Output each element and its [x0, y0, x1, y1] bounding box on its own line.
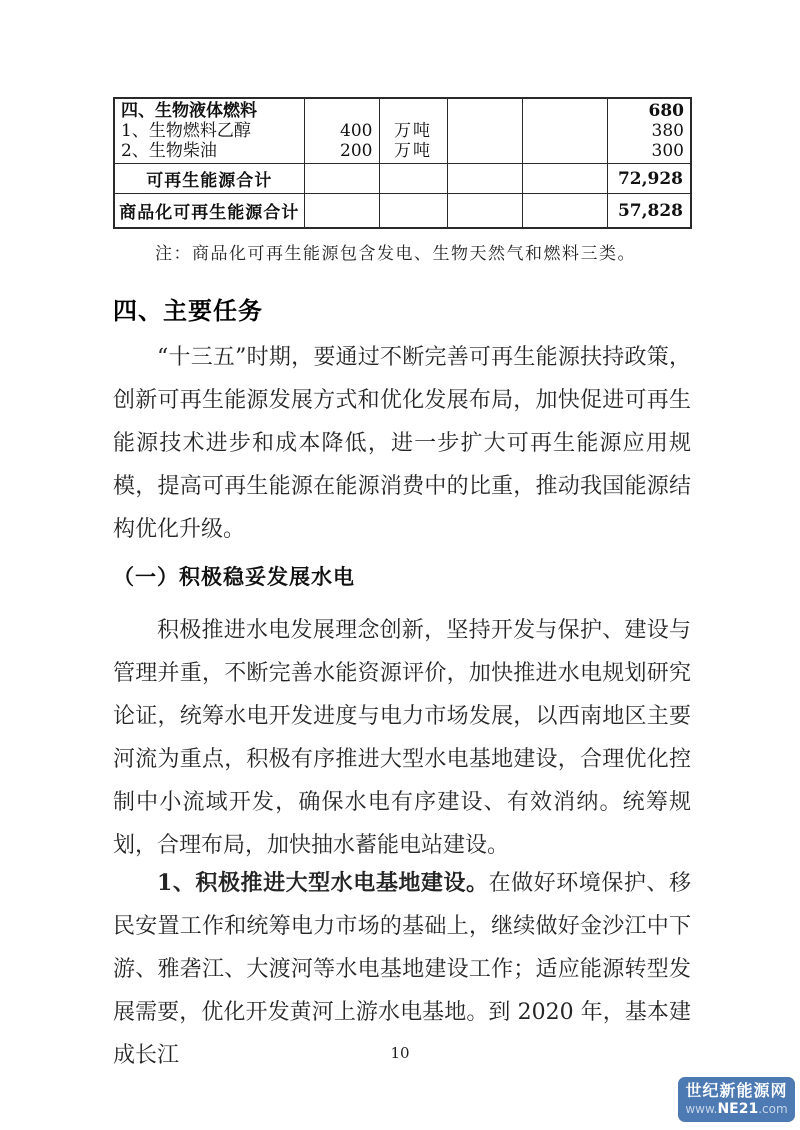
cell-label: 商品化可再生能源合计	[114, 194, 304, 229]
cell-empty	[522, 98, 607, 164]
paragraph-hydropower: 积极推进水电发展理念创新，坚持开发与保护、建设与管理并重，不断完善水能资源评价，…	[113, 609, 691, 867]
cell-category: 四、生物液体燃料 1、生物燃料乙醇 2、生物柴油	[114, 98, 304, 164]
cell-empty	[304, 194, 379, 229]
logo-site-name: 世纪新能源网	[678, 1081, 795, 1101]
cell-empty	[379, 164, 447, 194]
paragraph-intro: “十三五”时期，要通过不断完善可再生能源扶持政策，创新可再生能源发展方式和优化发…	[113, 336, 691, 551]
cell-unit: 万吨 万吨	[379, 98, 447, 164]
renewable-energy-targets-table: 四、生物液体燃料 1、生物燃料乙醇 2、生物柴油 400 200 万吨 万吨	[113, 97, 692, 229]
cell-line: 380	[608, 121, 691, 141]
cell-line: 400	[305, 121, 379, 141]
cell-line	[448, 141, 522, 161]
cell-empty	[447, 194, 522, 229]
url-suffix: .com	[758, 1102, 787, 1116]
cell-line	[523, 121, 607, 141]
paragraph-lead: 1、积极推进大型水电基地建设。	[157, 870, 489, 896]
table-row-renewables-total: 可再生能源合计 72,928	[114, 164, 691, 194]
section-heading: 四、主要任务	[113, 291, 263, 326]
cell-empty	[522, 194, 607, 229]
cell-line: 1、生物燃料乙醇	[115, 121, 304, 141]
url-main: NE21	[717, 1101, 758, 1117]
cell-line: 万吨	[380, 121, 447, 141]
subsection-heading-hydropower: （一）积极稳妥发展水电	[113, 561, 355, 591]
cell-line: 2、生物柴油	[115, 141, 304, 161]
table-row-commercial-renewables-total: 商品化可再生能源合计 57,828	[114, 194, 691, 229]
table-row-biofuels: 四、生物液体燃料 1、生物燃料乙醇 2、生物柴油 400 200 万吨 万吨	[114, 98, 691, 164]
cell-quantity: 400 200	[304, 98, 379, 164]
cell-empty	[304, 164, 379, 194]
cell-empty	[447, 164, 522, 194]
table-note: 注：商品化可再生能源包含发电、生物天然气和燃料三类。	[155, 239, 636, 264]
logo-site-url: www.NE21.com	[678, 1101, 795, 1117]
cell-label: 可再生能源合计	[114, 164, 304, 194]
cell-empty	[379, 194, 447, 229]
cell-line	[448, 101, 522, 121]
cell-line	[523, 141, 607, 161]
cell-line: 万吨	[380, 141, 447, 161]
cell-line: 200	[305, 141, 379, 161]
page-number: 10	[0, 1044, 800, 1062]
document-page: 四、生物液体燃料 1、生物燃料乙醇 2、生物柴油 400 200 万吨 万吨	[0, 0, 800, 1130]
cell-line: 四、生物液体燃料	[115, 101, 304, 121]
cell-total: 57,828	[607, 194, 691, 229]
ne21-watermark-logo: 世纪新能源网 www.NE21.com	[678, 1077, 795, 1122]
cell-total: 72,928	[607, 164, 691, 194]
cell-empty	[522, 164, 607, 194]
paragraph-body: 在做好环境保护、移民安置工作和统筹电力市场的基础上，继续做好金沙江中下游、雅砻江…	[113, 871, 691, 1068]
cell-empty	[447, 98, 522, 164]
cell-total: 680 380 300	[607, 98, 691, 164]
cell-line	[523, 101, 607, 121]
cell-line	[305, 101, 379, 121]
cell-line	[448, 121, 522, 141]
url-prefix: www.	[685, 1102, 717, 1116]
cell-line: 300	[608, 141, 691, 161]
cell-line: 680	[608, 101, 691, 121]
cell-line	[380, 101, 447, 121]
